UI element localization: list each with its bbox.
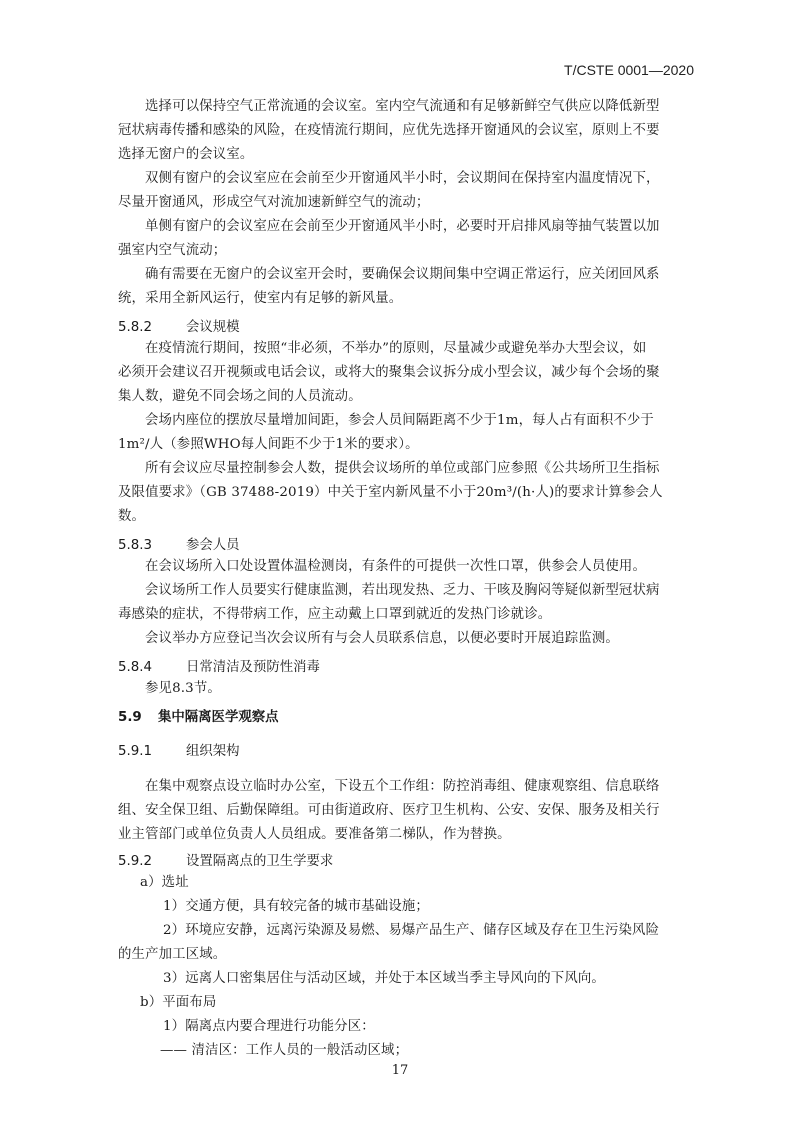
section-title: 会议规模: [186, 320, 240, 335]
paragraph-line: 业主管部门或单位负责人人员组成。要准备第二梯队，作为替换。: [118, 826, 688, 844]
paragraph-line: 3）远离人口密集居住与活动区域，并处于本区域当季主导风向的下风向。: [163, 970, 733, 988]
document-page: T/CSTE 0001—2020 选择可以保持空气正常流通的会议室。室内空气流通…: [0, 0, 800, 1131]
section-heading: 5.8.3参会人员: [118, 534, 240, 553]
paragraph-line: 参见8.3节。: [145, 680, 715, 698]
section-number: 5.9: [118, 710, 158, 725]
section-title: 集中隔离医学观察点: [158, 710, 279, 725]
paragraph-line: 统，采用全新风运行，使室内有足够的新风量。: [118, 290, 688, 308]
section-heading: 5.8.4日常清洁及预防性消毒: [118, 656, 320, 675]
paragraph-line: 在疫情流行期间，按照“非必须，不举办”的原则，尽量减少或避免举办大型会议，如: [145, 340, 715, 358]
paragraph-line: 1m²/人（参照WHO每人间距不少于1米的要求）。: [118, 436, 688, 454]
paragraph-line: 强室内空气流动；: [118, 242, 688, 260]
paragraph-line: 集人数，避免不同会场之间的人员流动。: [118, 388, 688, 406]
section-title: 日常清洁及预防性消毒: [186, 660, 320, 675]
page-number: 17: [0, 1063, 800, 1078]
paragraph-line: 毒感染的症状，不得带病工作，应主动戴上口罩到就近的发热门诊就诊。: [118, 606, 688, 624]
paragraph-line: 2）环境应安静，远离污染源及易燃、易爆产品生产、储存区域及存在卫生污染风险: [163, 922, 733, 940]
section-title: 参会人员: [186, 538, 240, 553]
paragraph-line: 组、安全保卫组、后勤保障组。可由街道政府、医疗卫生机构、公安、安保、服务及相关行: [118, 802, 688, 820]
paragraph-line: 在会议场所入口处设置体温检测岗，有条件的可提供一次性口罩，供参会人员使用。: [145, 558, 715, 576]
section-number: 5.9.2: [118, 854, 186, 869]
section-number: 5.8.4: [118, 660, 186, 675]
paragraph-line: a）选址: [140, 874, 710, 892]
paragraph-line: 必须开会建议召开视频或电话会议，或将大的聚集会议拆分成小型会议，减少每个会场的聚: [118, 364, 688, 382]
paragraph-line: 所有会议应尽量控制参会人数，提供会议场所的单位或部门应参照《公共场所卫生指标: [145, 460, 715, 478]
section-heading: 5.9.2设置隔离点的卫生学要求: [118, 850, 333, 869]
paragraph-line: 选择可以保持空气正常流通的会议室。室内空气流通和有足够新鲜空气供应以降低新型: [145, 98, 715, 116]
paragraph-line: 及限值要求》（GB 37488-2019）中关于室内新风量不小于20m³/(h·…: [118, 484, 688, 502]
paragraph-line: 双侧有窗户的会议室应在会前至少开窗通风半小时，会议期间在保持室内温度情况下，: [145, 170, 715, 188]
paragraph-line: 确有需要在无窗户的会议室开会时，要确保会议期间集中空调正常运行，应关闭回风系: [145, 266, 715, 284]
paragraph-line: 1）隔离点内要合理进行功能分区：: [163, 1018, 733, 1036]
paragraph-line: 1）交通方便，具有较完备的城市基础设施；: [163, 898, 733, 916]
paragraph-line: 数。: [118, 508, 688, 526]
paragraph-line: —— 清洁区：工作人员的一般活动区域；: [160, 1042, 730, 1060]
paragraph-line: 会议场所工作人员要实行健康监测，若出现发热、乏力、干咳及胸闷等疑似新型冠状病: [145, 582, 715, 600]
paragraph-line: 选择无窗户的会议室。: [118, 146, 688, 164]
section-heading: 5.9.1组织架构: [118, 740, 240, 759]
paragraph-line: 的生产加工区域。: [118, 946, 688, 964]
section-number: 5.8.3: [118, 538, 186, 553]
section-heading: 5.8.2会议规模: [118, 316, 240, 335]
paragraph-line: 会场内座位的摆放尽量增加间距，参会人员间隔距离不少于1m，每人占有面积不少于: [145, 412, 715, 430]
paragraph-line: 尽量开窗通风，形成空气对流加速新鲜空气的流动；: [118, 194, 688, 212]
paragraph-line: 会议举办方应登记当次会议所有与会人员联系信息，以便必要时开展追踪监测。: [145, 630, 715, 648]
paragraph-line: b）平面布局: [140, 994, 710, 1012]
section-title: 设置隔离点的卫生学要求: [186, 854, 333, 869]
section-title: 组织架构: [186, 744, 240, 759]
paragraph-line: 单侧有窗户的会议室应在会前至少开窗通风半小时，必要时开启排风扇等抽气装置以加: [145, 218, 715, 236]
section-number: 5.8.2: [118, 320, 186, 335]
paragraph-line: 在集中观察点设立临时办公室，下设五个工作组：防控消毒组、健康观察组、信息联络: [145, 778, 715, 796]
paragraph-line: 冠状病毒传播和感染的风险，在疫情流行期间，应优先选择开窗通风的会议室，原则上不要: [118, 122, 688, 140]
document-id-header: T/CSTE 0001—2020: [564, 62, 694, 78]
section-heading: 5.9集中隔离医学观察点: [118, 706, 279, 725]
section-number: 5.9.1: [118, 744, 186, 759]
